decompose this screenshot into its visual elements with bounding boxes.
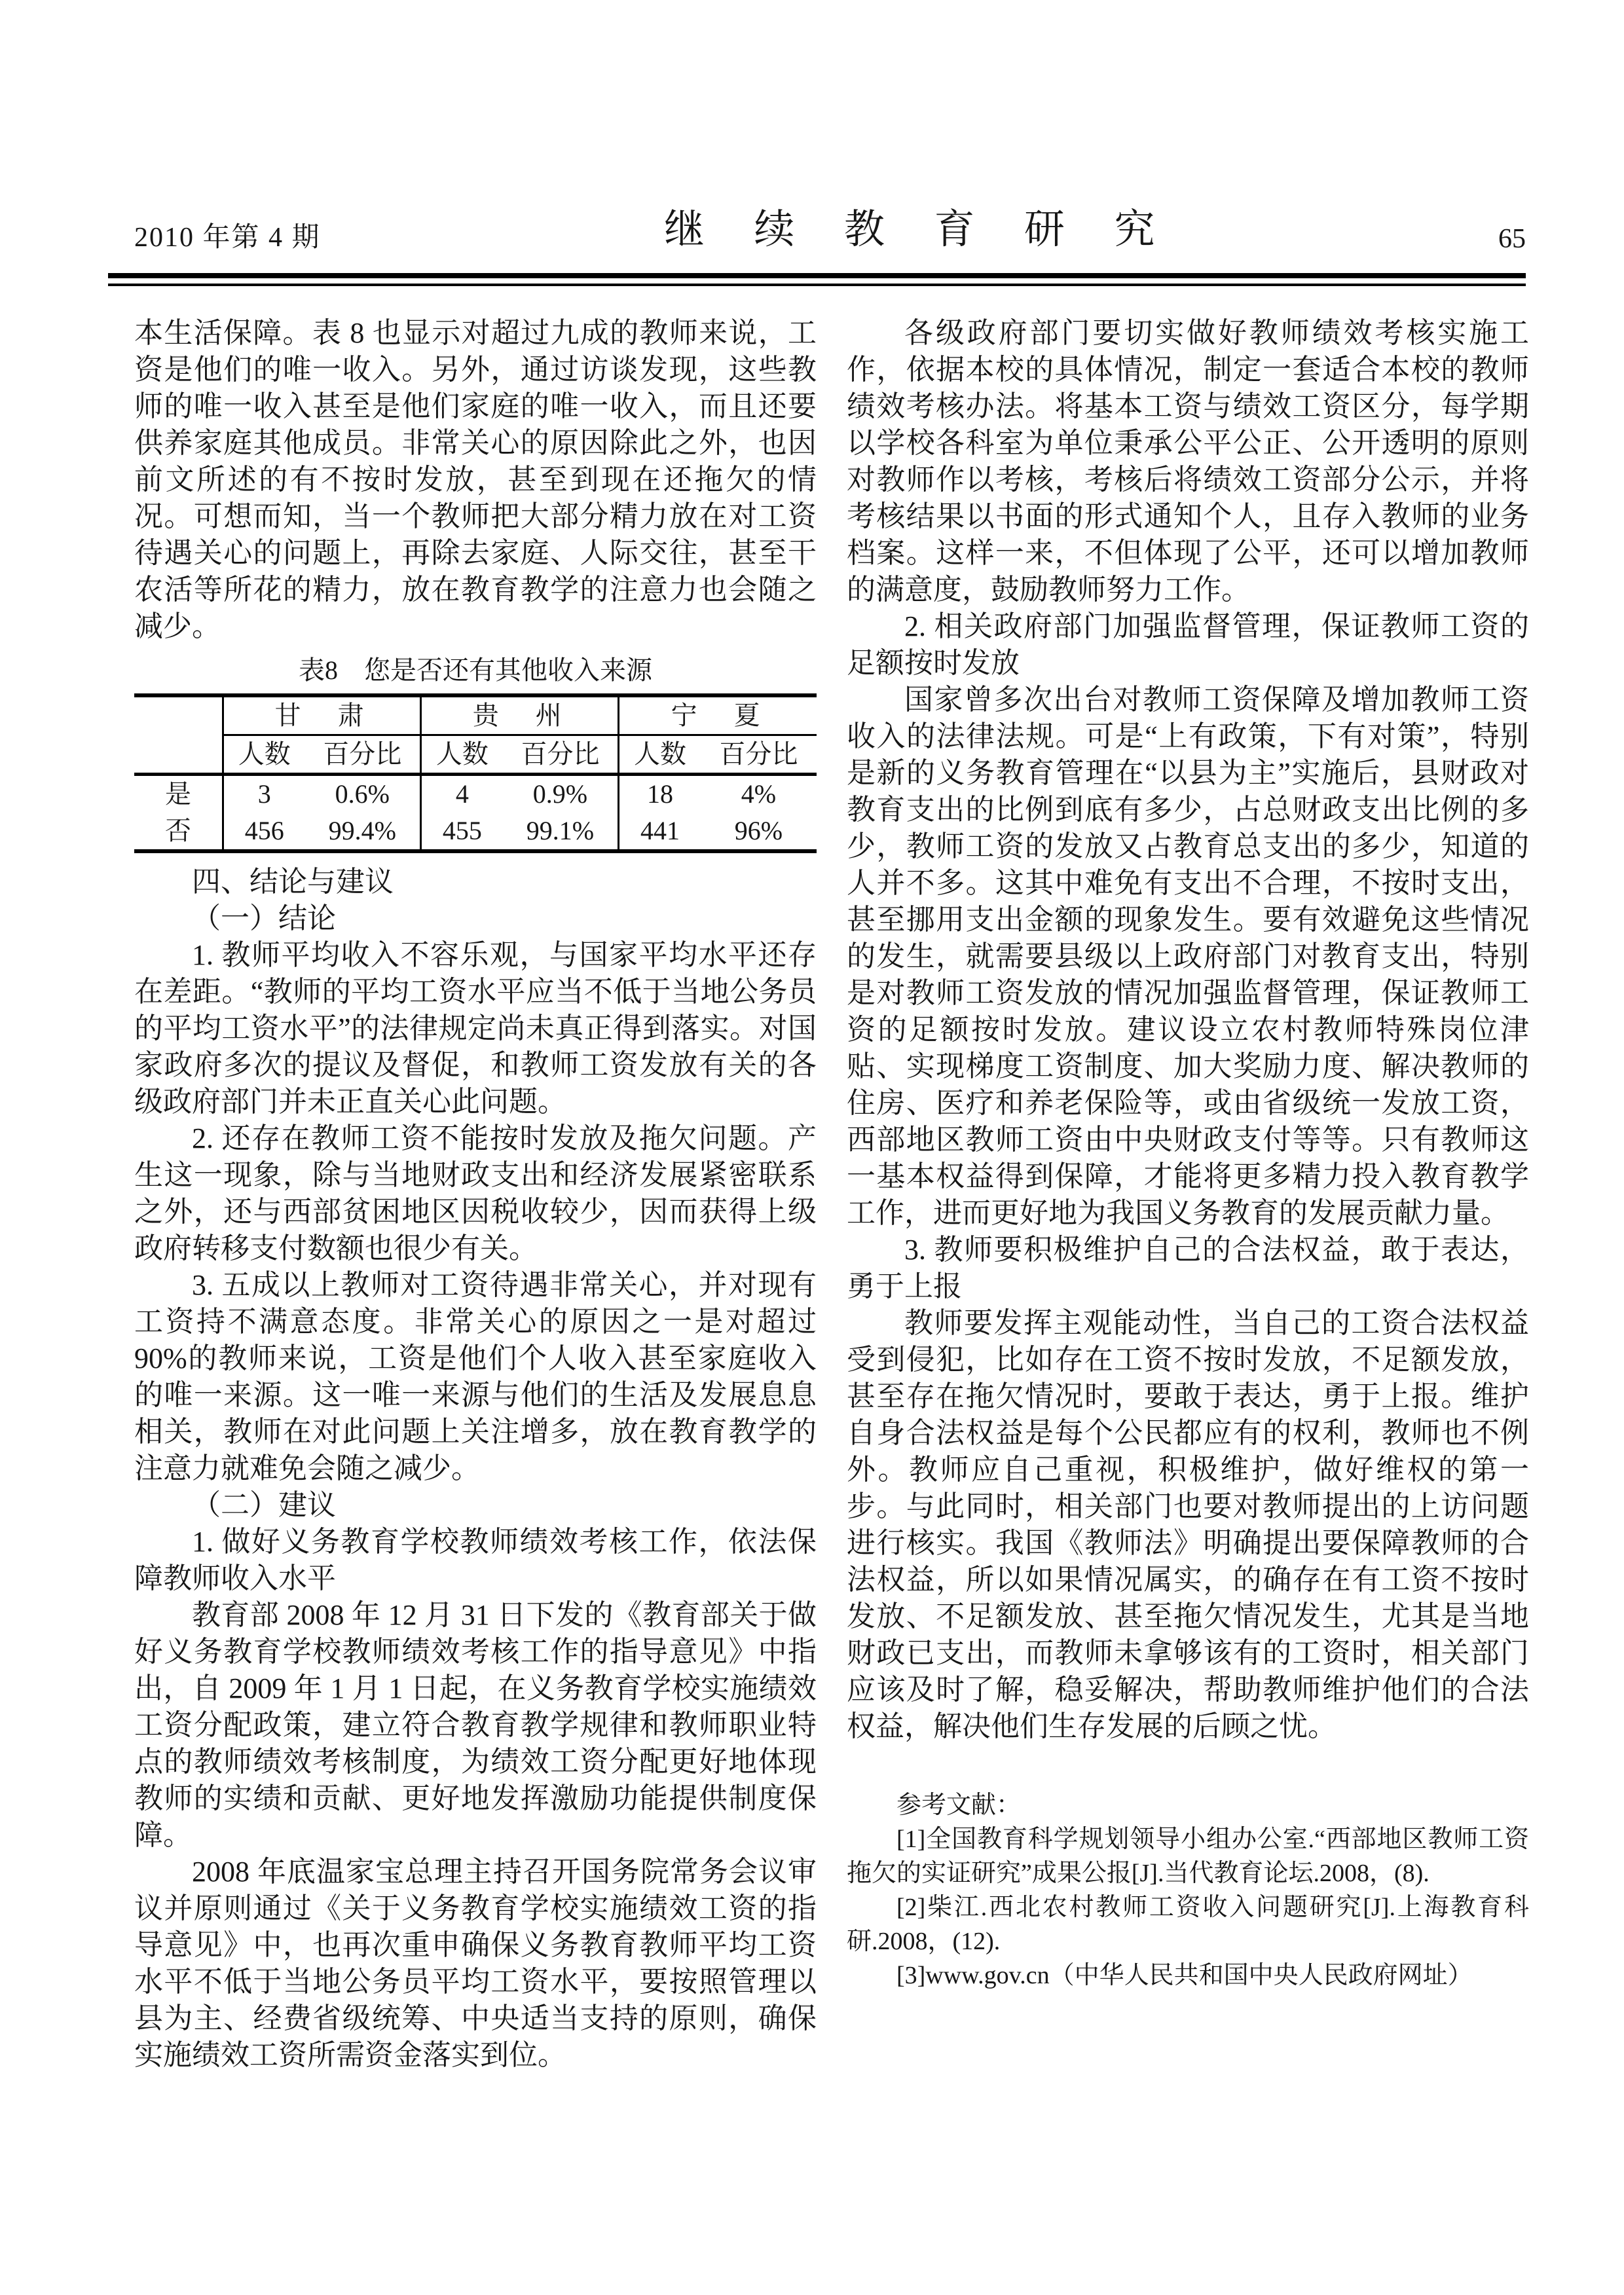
table-province-ningxia: 宁 夏 xyxy=(619,695,817,735)
reference-item: [1]全国教育科学规划领导小组办公室.“西部地区教师工资拖欠的实证研究”成果公报… xyxy=(847,1822,1529,1890)
table-cell: 456 xyxy=(223,813,304,851)
journal-title: 继 续 教 育 研 究 xyxy=(321,196,1498,255)
paragraph: 国家曾多次出台对教师工资保障及增加教师工资收入的法律法规。可是“上有政策，下有对… xyxy=(847,682,1529,1232)
table-title: 表8 您是否还有其他收入来源 xyxy=(134,654,817,687)
table-cell: 4 xyxy=(421,775,503,813)
table-row-subheaders: 人数 百分比 人数 百分比 人数 百分比 xyxy=(134,735,817,775)
header-rule-thick xyxy=(108,273,1526,278)
table-cell: 99.1% xyxy=(503,813,619,851)
page-number: 65 xyxy=(1498,223,1526,255)
table-cell: 455 xyxy=(421,813,503,851)
paragraph: 各级政府部门要切实做好教师绩效考核实施工作，依据本校的具体情况，制定一套适合本校… xyxy=(847,315,1529,608)
table-subheader-count: 人数 xyxy=(619,735,701,775)
journal-page: 2010 年第 4 期 继 续 教 育 研 究 65 本生活保障。表 8 也显示… xyxy=(0,0,1624,2295)
subsection-heading: （二）建议 xyxy=(134,1487,817,1524)
table-subheader-count: 人数 xyxy=(421,735,503,775)
paragraph: 3. 五成以上教师对工资待遇非常关心，并对现有工资持不满意态度。非常关心的原因之… xyxy=(134,1267,817,1487)
table-subheader-count: 人数 xyxy=(223,735,304,775)
numbered-heading: 2. 相关政府部门加强监督管理，保证教师工资的足额按时发放 xyxy=(847,608,1529,682)
header-rule xyxy=(108,273,1526,286)
numbered-heading: 3. 教师要积极维护自己的合法权益，敢于表达，勇于上报 xyxy=(847,1232,1529,1305)
table-8: 甘 肃 贵 州 宁 夏 人数 百分比 人数 百分比 人数 百分比 是 xyxy=(134,693,817,853)
paragraph: 2008 年底温家宝总理主持召开国务院常务会议审议并原则通过《关于义务教育学校实… xyxy=(134,1854,817,2074)
paragraph-continuation: 本生活保障。表 8 也显示对超过九成的教师来说，工资是他们的唯一收入。另外，通过… xyxy=(134,315,817,645)
table-cell: 4% xyxy=(701,775,817,813)
paragraph: 1. 教师平均收入不容乐观，与国家平均水平还存在差距。“教师的平均工资水平应当不… xyxy=(134,937,817,1120)
paragraph: 2. 还存在教师工资不能按时发放及拖欠问题。产生这一现象，除与当地财政支出和经济… xyxy=(134,1120,817,1267)
table-cell: 0.9% xyxy=(503,775,619,813)
issue-label: 2010 年第 4 期 xyxy=(134,215,321,255)
reference-item: [3]www.gov.cn（中华人民共和国中央人民政府网址） xyxy=(847,1958,1529,1992)
page-header: 2010 年第 4 期 继 续 教 育 研 究 65 xyxy=(0,0,1624,255)
numbered-heading: 1. 做好义务教育学校教师绩效考核工作，依法保障教师收入水平 xyxy=(134,1524,817,1597)
table-row-label: 是 xyxy=(134,775,223,813)
table-row-no: 否 456 99.4% 455 99.1% 441 96% xyxy=(134,813,817,851)
subsection-heading: （一）结论 xyxy=(134,900,817,937)
left-column: 本生活保障。表 8 也显示对超过九成的教师来说，工资是他们的唯一收入。另外，通过… xyxy=(134,315,817,2074)
table-cell: 18 xyxy=(619,775,701,813)
body-columns: 本生活保障。表 8 也显示对超过九成的教师来说，工资是他们的唯一收入。另外，通过… xyxy=(0,286,1624,2074)
section-heading: 四、结论与建议 xyxy=(134,864,817,900)
table-row-label: 否 xyxy=(134,813,223,851)
table-cell: 96% xyxy=(701,813,817,851)
paragraph: 教师要发挥主观能动性，当自己的工资合法权益受到侵犯，比如存在工资不按时发放，不足… xyxy=(847,1305,1529,1745)
table-row-yes: 是 3 0.6% 4 0.9% 18 4% xyxy=(134,775,817,813)
table-stub-cell xyxy=(134,695,223,735)
reference-item: [2]柴江.西北农村教师工资收入问题研究[J].上海教育科研.2008，(12)… xyxy=(847,1890,1529,1958)
table-subheader-percent: 百分比 xyxy=(304,735,420,775)
table-subheader-percent: 百分比 xyxy=(701,735,817,775)
references-section: 参考文献： [1]全国教育科学规划领导小组办公室.“西部地区教师工资拖欠的实证研… xyxy=(847,1788,1529,1992)
right-column: 各级政府部门要切实做好教师绩效考核实施工作，依据本校的具体情况，制定一套适合本校… xyxy=(847,315,1529,2074)
table-subheader-percent: 百分比 xyxy=(503,735,619,775)
table-cell: 3 xyxy=(223,775,304,813)
table-stub-cell xyxy=(134,735,223,775)
table-province-guizhou: 贵 州 xyxy=(421,695,619,735)
table-row-provinces: 甘 肃 贵 州 宁 夏 xyxy=(134,695,817,735)
table-province-gansu: 甘 肃 xyxy=(223,695,420,735)
table-cell: 99.4% xyxy=(304,813,420,851)
table-cell: 0.6% xyxy=(304,775,420,813)
table-cell: 441 xyxy=(619,813,701,851)
references-heading: 参考文献： xyxy=(847,1788,1529,1822)
paragraph: 教育部 2008 年 12 月 31 日下发的《教育部关于做好义务教育学校教师绩… xyxy=(134,1597,817,1854)
